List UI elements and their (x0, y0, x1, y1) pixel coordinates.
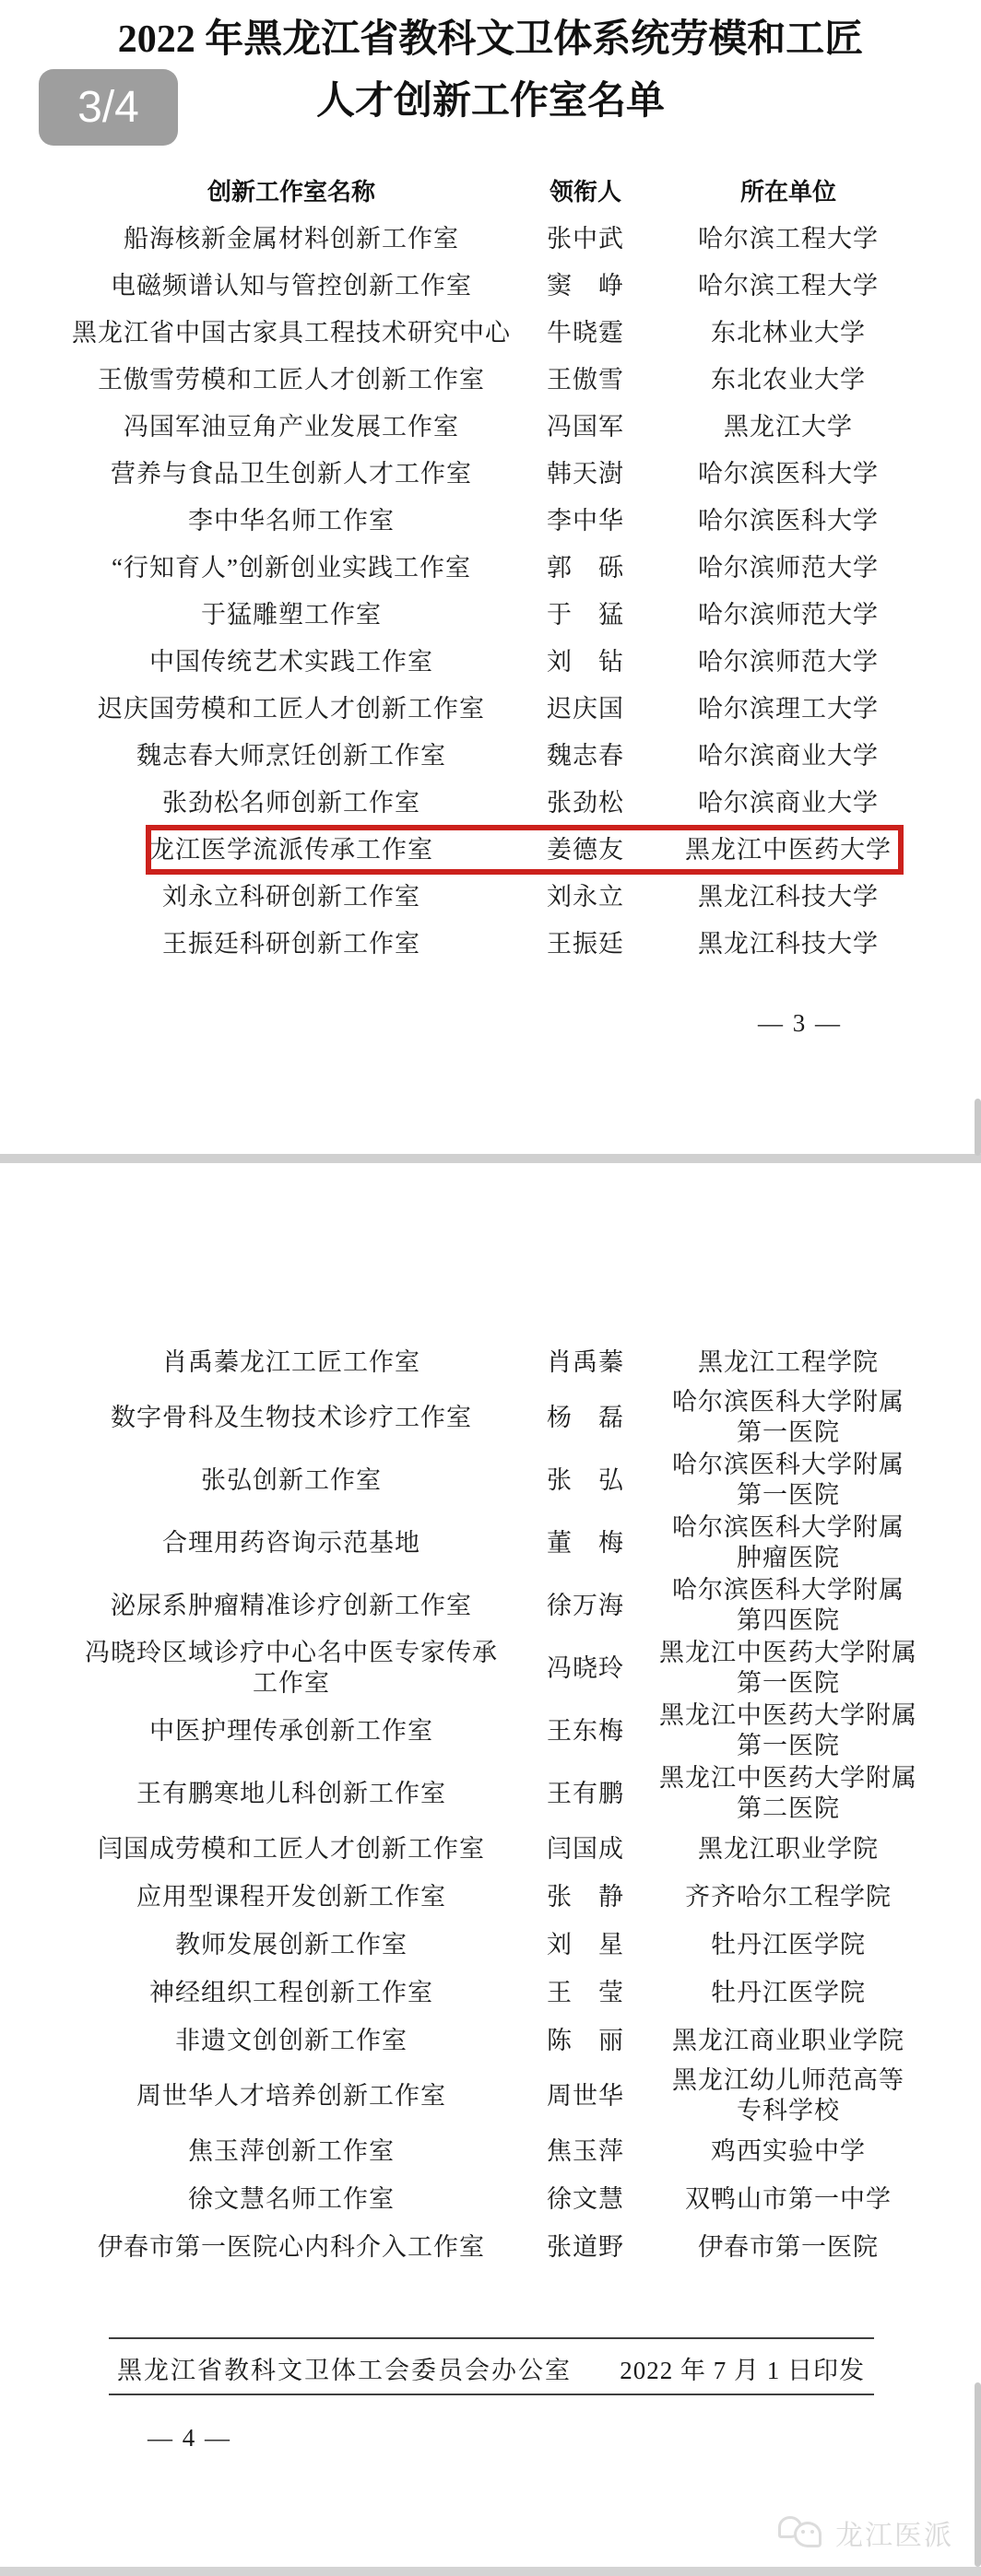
workshop-name-cell: 肖禹蓁龙江工匠工作室 (51, 1338, 532, 1386)
cell-text: 冯国军油豆角产业发展工作室 (51, 412, 532, 442)
cell-text: 泌尿系肿瘤精准诊疗创新工作室 (51, 1591, 532, 1621)
scrollbar-thumb-lower[interactable] (975, 2382, 981, 2567)
org-cell: 哈尔滨医科大学附属第一医院 (604, 1449, 973, 1511)
org-cell: 黑龙江中医药大学附属第二医院 (604, 1762, 973, 1825)
workshop-name-cell: “行知育人”创新创业实践工作室 (51, 545, 532, 592)
cell-text: 第一医院 (604, 1417, 973, 1448)
table-row: 王有鹏寒地儿科创新工作室王有鹏黑龙江中医药大学附属第二医院 (0, 1762, 981, 1825)
footer-rule-top (109, 2337, 874, 2339)
org-cell: 黑龙江大学 (604, 404, 973, 451)
cell-text: 肿瘤医院 (604, 1543, 973, 1573)
cell-text: 东北农业大学 (604, 365, 973, 395)
wechat-logo-icon (778, 2513, 826, 2552)
org-cell: 哈尔滨医科大学附属第四医院 (604, 1574, 973, 1637)
header-organization: 所在单位 (604, 177, 973, 206)
workshop-name-cell: 徐文慧名师工作室 (51, 2175, 532, 2223)
org-cell: 伊春市第一医院 (604, 2223, 973, 2271)
workshop-name-cell: 应用型课程开发创新工作室 (51, 1873, 532, 1921)
org-cell: 齐齐哈尔工程学院 (604, 1873, 973, 1921)
org-cell: 哈尔滨师范大学 (604, 592, 973, 639)
workshop-name-cell: 中国传统艺术实践工作室 (51, 639, 532, 686)
table-row: 肖禹蓁龙江工匠工作室肖禹蓁黑龙江工程学院 (0, 1338, 981, 1386)
table-row: 合理用药咨询示范基地董 梅哈尔滨医科大学附属肿瘤医院 (0, 1511, 981, 1574)
cell-text: 哈尔滨医科大学附属 (604, 1512, 973, 1543)
cell-text: 王振廷科研创新工作室 (51, 929, 532, 959)
org-cell: 东北农业大学 (604, 357, 973, 404)
workshop-name-cell: 营养与食品卫生创新人才工作室 (51, 451, 532, 498)
table-row: 数字骨科及生物技术诊疗工作室杨 磊哈尔滨医科大学附属第一医院 (0, 1386, 981, 1449)
cell-text: 第一医院 (604, 1668, 973, 1699)
org-cell: 鸡西实验中学 (604, 2127, 973, 2175)
table-row: 伊春市第一医院心内科介入工作室张道野伊春市第一医院 (0, 2223, 981, 2271)
org-cell: 哈尔滨医科大学附属第一医院 (604, 1386, 973, 1449)
cell-text: 哈尔滨医科大学附属 (604, 1575, 973, 1606)
cell-text: 鸡西实验中学 (604, 2136, 973, 2167)
table-row: 冯晓玲区域诊疗中心名中医专家传承工作室冯晓玲黑龙江中医药大学附属第一医院 (0, 1637, 981, 1700)
header-workshop-name: 创新工作室名称 (51, 177, 532, 206)
title-line-2: 人才创新工作室名单 (0, 71, 981, 133)
cell-text: 于猛雕塑工作室 (51, 600, 532, 630)
cell-text: 周世华人才培养创新工作室 (51, 2081, 532, 2111)
org-cell: 哈尔滨医科大学 (604, 451, 973, 498)
table-row: 魏志春大师烹饪创新工作室魏志春哈尔滨商业大学 (0, 733, 981, 780)
org-cell: 牡丹江医学院 (604, 1969, 973, 2017)
cell-text: 黑龙江中医药大学附属 (604, 1700, 973, 1731)
org-cell: 黑龙江中医药大学附属第一医院 (604, 1700, 973, 1762)
org-cell: 黑龙江中医药大学附属第一医院 (604, 1637, 973, 1700)
org-cell: 黑龙江商业职业学院 (604, 2017, 973, 2064)
cell-text: 教师发展创新工作室 (51, 1930, 532, 1960)
table-row: 黑龙江省中国古家具工程技术研究中心牛晓霆东北林业大学 (0, 310, 981, 357)
cell-text: 刘永立科研创新工作室 (51, 882, 532, 912)
cell-text: 齐齐哈尔工程学院 (604, 1882, 973, 1912)
cell-text: 中医护理传承创新工作室 (51, 1716, 532, 1747)
workshop-name-cell: 冯晓玲区域诊疗中心名中医专家传承工作室 (51, 1637, 532, 1700)
table-row: 迟庆国劳模和工匠人才创新工作室迟庆国哈尔滨理工大学 (0, 686, 981, 733)
workshop-name-cell: 于猛雕塑工作室 (51, 592, 532, 639)
cell-text: 迟庆国劳模和工匠人才创新工作室 (51, 694, 532, 724)
org-cell: 黑龙江中医药大学 (604, 827, 973, 874)
bottom-gray-bar (0, 2567, 981, 2576)
cell-text: 黑龙江省中国古家具工程技术研究中心 (51, 318, 532, 348)
page-number-4: — 4 — (148, 2418, 231, 2457)
cell-text: 黑龙江商业职业学院 (604, 2026, 973, 2056)
cell-text: “行知育人”创新创业实践工作室 (51, 553, 532, 583)
table-row: 李中华名师工作室李中华哈尔滨医科大学 (0, 498, 981, 545)
page4-table-rows: 肖禹蓁龙江工匠工作室肖禹蓁黑龙江工程学院数字骨科及生物技术诊疗工作室杨 磊哈尔滨… (0, 1338, 981, 2271)
cell-text: 哈尔滨师范大学 (604, 647, 973, 677)
table-row: 营养与食品卫生创新人才工作室韩天澍哈尔滨医科大学 (0, 451, 981, 498)
cell-text: 张弘创新工作室 (51, 1465, 532, 1496)
cell-text: 营养与食品卫生创新人才工作室 (51, 459, 532, 489)
org-cell: 哈尔滨师范大学 (604, 545, 973, 592)
issue-date: 2022 年 7 月 1 日印发 (620, 2350, 865, 2386)
workshop-name-cell: 伊春市第一医院心内科介入工作室 (51, 2223, 532, 2271)
table-row: 张弘创新工作室张 弘哈尔滨医科大学附属第一医院 (0, 1449, 981, 1511)
document-screenshot: 3/4 2022 年黑龙江省教科文卫体系统劳模和工匠 人才创新工作室名单 创新工… (0, 0, 981, 2576)
cell-text: 哈尔滨工程大学 (604, 271, 973, 301)
table-row: 中医护理传承创新工作室王东梅黑龙江中医药大学附属第一医院 (0, 1700, 981, 1762)
cell-text: 黑龙江大学 (604, 412, 973, 442)
cell-text: 黑龙江科技大学 (604, 929, 973, 959)
workshop-name-cell: 龙江医学流派传承工作室 (51, 827, 532, 874)
cell-text: 伊春市第一医院心内科介入工作室 (51, 2232, 532, 2263)
table-row: 闫国成劳模和工匠人才创新工作室闫国成黑龙江职业学院 (0, 1825, 981, 1873)
cell-text: 哈尔滨医科大学附属 (604, 1387, 973, 1417)
cell-text: 应用型课程开发创新工作室 (51, 1882, 532, 1912)
cell-text: 哈尔滨医科大学 (604, 506, 973, 536)
workshop-name-cell: 焦玉萍创新工作室 (51, 2127, 532, 2175)
table-row: 焦玉萍创新工作室焦玉萍鸡西实验中学 (0, 2127, 981, 2175)
table-row: 电磁频谱认知与管控创新工作室窦 峥哈尔滨工程大学 (0, 263, 981, 310)
cell-text: 黑龙江中医药大学 (604, 835, 973, 865)
cell-text: 肖禹蓁龙江工匠工作室 (51, 1347, 532, 1378)
cell-text: 黑龙江职业学院 (604, 1834, 973, 1864)
table-row: 周世华人才培养创新工作室周世华黑龙江幼儿师范高等专科学校 (0, 2064, 981, 2127)
table-row: 教师发展创新工作室刘 星牡丹江医学院 (0, 1921, 981, 1969)
org-cell: 黑龙江职业学院 (604, 1825, 973, 1873)
footer-rule-bottom (109, 2394, 874, 2395)
cell-text: 神经组织工程创新工作室 (51, 1978, 532, 2008)
org-cell: 黑龙江科技大学 (604, 874, 973, 921)
org-cell: 哈尔滨商业大学 (604, 733, 973, 780)
org-cell: 哈尔滨商业大学 (604, 780, 973, 827)
page-break-bar (0, 1154, 981, 1163)
cell-text: 王有鹏寒地儿科创新工作室 (51, 1779, 532, 1809)
table-row: 非遗文创创新工作室陈 丽黑龙江商业职业学院 (0, 2017, 981, 2064)
cell-text: 第二医院 (604, 1794, 973, 1824)
table-row: 王傲雪劳模和工匠人才创新工作室王傲雪东北农业大学 (0, 357, 981, 404)
org-cell: 双鸭山市第一中学 (604, 2175, 973, 2223)
cell-text: 船海核新金属材料创新工作室 (51, 224, 532, 254)
table-row: 中国传统艺术实践工作室刘 钻哈尔滨师范大学 (0, 639, 981, 686)
cell-text: 中国传统艺术实践工作室 (51, 647, 532, 677)
cell-text: 牡丹江医学院 (604, 1930, 973, 1960)
cell-text: 专科学校 (604, 2096, 973, 2126)
cell-text: 第一医院 (604, 1480, 973, 1511)
cell-text: 徐文慧名师工作室 (51, 2184, 532, 2215)
issuing-footer: 黑龙江省教科文卫体工会委员会办公室 2022 年 7 月 1 日印发 (109, 2346, 874, 2390)
org-cell: 黑龙江幼儿师范高等专科学校 (604, 2064, 973, 2127)
cell-text: 王傲雪劳模和工匠人才创新工作室 (51, 365, 532, 395)
table-header: 创新工作室名称 领衔人 所在单位 (0, 177, 981, 206)
table-row: 龙江医学流派传承工作室姜德友黑龙江中医药大学 (0, 827, 981, 874)
table-row: 神经组织工程创新工作室王 莹牡丹江医学院 (0, 1969, 981, 2017)
table-row: 冯国军油豆角产业发展工作室冯国军黑龙江大学 (0, 404, 981, 451)
cell-text: 哈尔滨医科大学 (604, 459, 973, 489)
cell-text: 哈尔滨师范大学 (604, 553, 973, 583)
workshop-name-cell: 黑龙江省中国古家具工程技术研究中心 (51, 310, 532, 357)
cell-text: 焦玉萍创新工作室 (51, 2136, 532, 2167)
workshop-name-cell: 迟庆国劳模和工匠人才创新工作室 (51, 686, 532, 733)
document-title: 2022 年黑龙江省教科文卫体系统劳模和工匠 人才创新工作室名单 (0, 9, 981, 133)
workshop-name-cell: 船海核新金属材料创新工作室 (51, 216, 532, 263)
cell-text: 黑龙江中医药大学附属 (604, 1638, 973, 1668)
org-cell: 哈尔滨师范大学 (604, 639, 973, 686)
cell-text: 第一医院 (604, 1731, 973, 1761)
cell-text: 非遗文创创新工作室 (51, 2026, 532, 2056)
workshop-name-cell: 冯国军油豆角产业发展工作室 (51, 404, 532, 451)
cell-text: 张劲松名师创新工作室 (51, 788, 532, 818)
org-cell: 黑龙江工程学院 (604, 1338, 973, 1386)
workshop-name-cell: 闫国成劳模和工匠人才创新工作室 (51, 1825, 532, 1873)
workshop-name-cell: 李中华名师工作室 (51, 498, 532, 545)
cell-text: 魏志春大师烹饪创新工作室 (51, 741, 532, 771)
org-cell: 牡丹江医学院 (604, 1921, 973, 1969)
table-row: 徐文慧名师工作室徐文慧双鸭山市第一中学 (0, 2175, 981, 2223)
cell-text: 工作室 (51, 1668, 532, 1699)
table-row: 张劲松名师创新工作室张劲松哈尔滨商业大学 (0, 780, 981, 827)
cell-text: 双鸭山市第一中学 (604, 2184, 973, 2215)
cell-text: 黑龙江工程学院 (604, 1347, 973, 1378)
table-row: “行知育人”创新创业实践工作室郭 砾哈尔滨师范大学 (0, 545, 981, 592)
org-cell: 哈尔滨理工大学 (604, 686, 973, 733)
cell-text: 黑龙江科技大学 (604, 882, 973, 912)
table-row: 刘永立科研创新工作室刘永立黑龙江科技大学 (0, 874, 981, 921)
org-cell: 哈尔滨工程大学 (604, 216, 973, 263)
cell-text: 李中华名师工作室 (51, 506, 532, 536)
cell-text: 东北林业大学 (604, 318, 973, 348)
cell-text: 哈尔滨商业大学 (604, 788, 973, 818)
scrollbar-thumb-upper[interactable] (975, 1099, 981, 1156)
page3-table-rows: 船海核新金属材料创新工作室张中武哈尔滨工程大学电磁频谱认知与管控创新工作室窦 峥… (0, 216, 981, 968)
table-row: 船海核新金属材料创新工作室张中武哈尔滨工程大学 (0, 216, 981, 263)
org-cell: 哈尔滨医科大学 (604, 498, 973, 545)
page-number-3: — 3 — (758, 1004, 842, 1042)
org-cell: 东北林业大学 (604, 310, 973, 357)
workshop-name-cell: 数字骨科及生物技术诊疗工作室 (51, 1386, 532, 1449)
cell-text: 哈尔滨师范大学 (604, 600, 973, 630)
org-cell: 哈尔滨医科大学附属肿瘤医院 (604, 1511, 973, 1574)
table-row: 于猛雕塑工作室于 猛哈尔滨师范大学 (0, 592, 981, 639)
workshop-name-cell: 王振廷科研创新工作室 (51, 921, 532, 968)
workshop-name-cell: 神经组织工程创新工作室 (51, 1969, 532, 2017)
org-cell: 黑龙江科技大学 (604, 921, 973, 968)
org-cell: 哈尔滨工程大学 (604, 263, 973, 310)
cell-text: 龙江医学流派传承工作室 (51, 835, 532, 865)
cell-text: 哈尔滨商业大学 (604, 741, 973, 771)
cell-text: 哈尔滨医科大学附属 (604, 1450, 973, 1480)
cell-text: 闫国成劳模和工匠人才创新工作室 (51, 1834, 532, 1864)
table-row: 应用型课程开发创新工作室张 静齐齐哈尔工程学院 (0, 1873, 981, 1921)
cell-text: 牡丹江医学院 (604, 1978, 973, 2008)
workshop-name-cell: 王有鹏寒地儿科创新工作室 (51, 1762, 532, 1825)
cell-text: 数字骨科及生物技术诊疗工作室 (51, 1403, 532, 1433)
workshop-name-cell: 张弘创新工作室 (51, 1449, 532, 1511)
cell-text: 黑龙江中医药大学附属 (604, 1763, 973, 1794)
workshop-name-cell: 魏志春大师烹饪创新工作室 (51, 733, 532, 780)
cell-text: 电磁频谱认知与管控创新工作室 (51, 271, 532, 301)
workshop-name-cell: 张劲松名师创新工作室 (51, 780, 532, 827)
workshop-name-cell: 周世华人才培养创新工作室 (51, 2064, 532, 2127)
workshop-name-cell: 教师发展创新工作室 (51, 1921, 532, 1969)
workshop-name-cell: 刘永立科研创新工作室 (51, 874, 532, 921)
workshop-name-cell: 非遗文创创新工作室 (51, 2017, 532, 2064)
cell-text: 哈尔滨工程大学 (604, 224, 973, 254)
watermark-text: 龙江医派 (835, 2512, 953, 2553)
title-line-1: 2022 年黑龙江省教科文卫体系统劳模和工匠 (0, 9, 981, 71)
cell-text: 哈尔滨理工大学 (604, 694, 973, 724)
cell-text: 合理用药咨询示范基地 (51, 1528, 532, 1559)
watermark: 龙江医派 (778, 2512, 953, 2553)
workshop-name-cell: 合理用药咨询示范基地 (51, 1511, 532, 1574)
cell-text: 冯晓玲区域诊疗中心名中医专家传承 (51, 1638, 532, 1668)
workshop-name-cell: 中医护理传承创新工作室 (51, 1700, 532, 1762)
workshop-name-cell: 泌尿系肿瘤精准诊疗创新工作室 (51, 1574, 532, 1637)
cell-text: 伊春市第一医院 (604, 2232, 973, 2263)
table-row: 泌尿系肿瘤精准诊疗创新工作室徐万海哈尔滨医科大学附属第四医院 (0, 1574, 981, 1637)
workshop-name-cell: 电磁频谱认知与管控创新工作室 (51, 263, 532, 310)
table-row: 王振廷科研创新工作室王振廷黑龙江科技大学 (0, 921, 981, 968)
workshop-name-cell: 王傲雪劳模和工匠人才创新工作室 (51, 357, 532, 404)
issuing-office: 黑龙江省教科文卫体工会委员会办公室 (117, 2350, 572, 2386)
cell-text: 第四医院 (604, 1606, 973, 1636)
cell-text: 黑龙江幼儿师范高等 (604, 2065, 973, 2096)
